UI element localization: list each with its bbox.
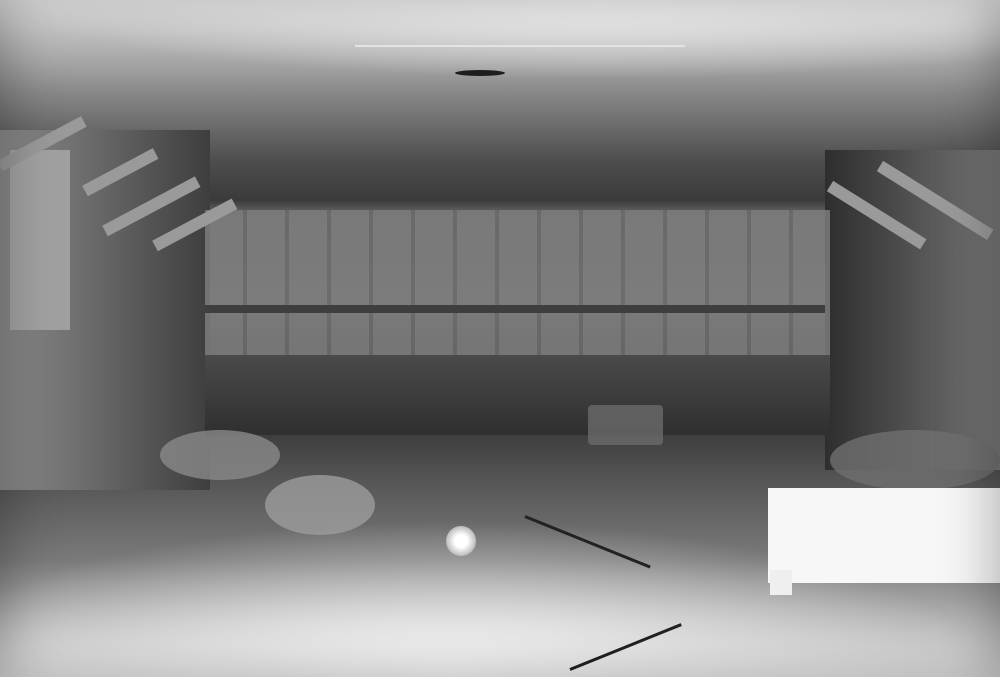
photograph: [0, 0, 1000, 677]
vignette: [0, 0, 1000, 677]
